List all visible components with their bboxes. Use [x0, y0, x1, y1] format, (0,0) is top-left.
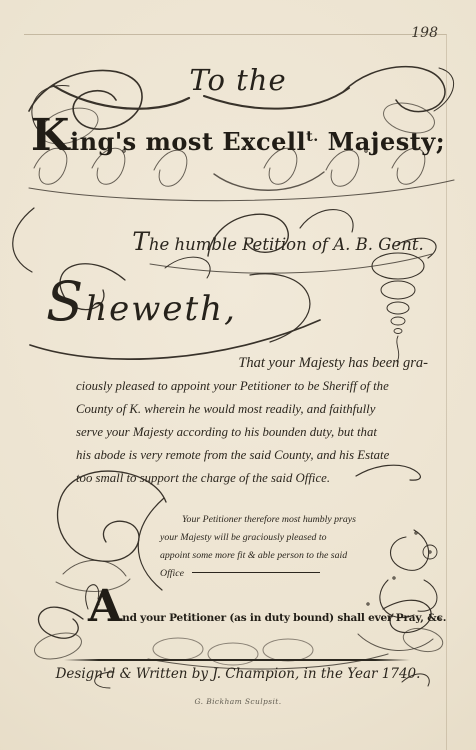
- closing-text: nd your Petitioner (as in duty bound) sh…: [122, 612, 446, 624]
- engraved-plate: 198 To the King's most Excellt. Majesty;…: [0, 0, 476, 750]
- spiral-right-flourish-icon: [356, 246, 442, 366]
- designer-credit: Design'd & Written by J. Champion, in th…: [0, 666, 476, 682]
- engraver-credit: G. Bickham Sculpsit.: [0, 697, 476, 706]
- closing-initial: A: [88, 581, 122, 632]
- body-line: That your Majesty has been gra-: [76, 352, 428, 375]
- prayer-line: your Majesty will be graciously pleased …: [160, 529, 356, 547]
- body-line: County of K. wherein he would most readi…: [76, 398, 428, 421]
- prayer-line: appoint some more fit & able person to t…: [160, 547, 356, 565]
- body-line: ciously pleased to appoint your Petition…: [76, 375, 428, 398]
- blank-fill-rule: [192, 571, 320, 573]
- body-end-flourish-icon: [352, 460, 430, 484]
- petition-prayer: Your Petitioner therefore most humbly pr…: [160, 511, 356, 583]
- title-main-tail: Majesty;: [319, 127, 445, 156]
- sheweth-heading: Sheweth,: [46, 270, 237, 333]
- closing-line: And your Petitioner (as in duty bound) s…: [88, 585, 446, 629]
- title-superscript: t.: [306, 128, 319, 145]
- title-main: King's most Excellt. Majesty;: [0, 109, 476, 161]
- body-line: serve your Majesty according to his boun…: [76, 421, 428, 444]
- title-main-text: King's most Excell: [31, 127, 306, 156]
- bottom-rule: [64, 659, 410, 661]
- prayer-line: Your Petitioner therefore most humbly pr…: [182, 511, 356, 529]
- title-prefix: To the: [0, 63, 476, 97]
- page-number: 198: [411, 25, 438, 41]
